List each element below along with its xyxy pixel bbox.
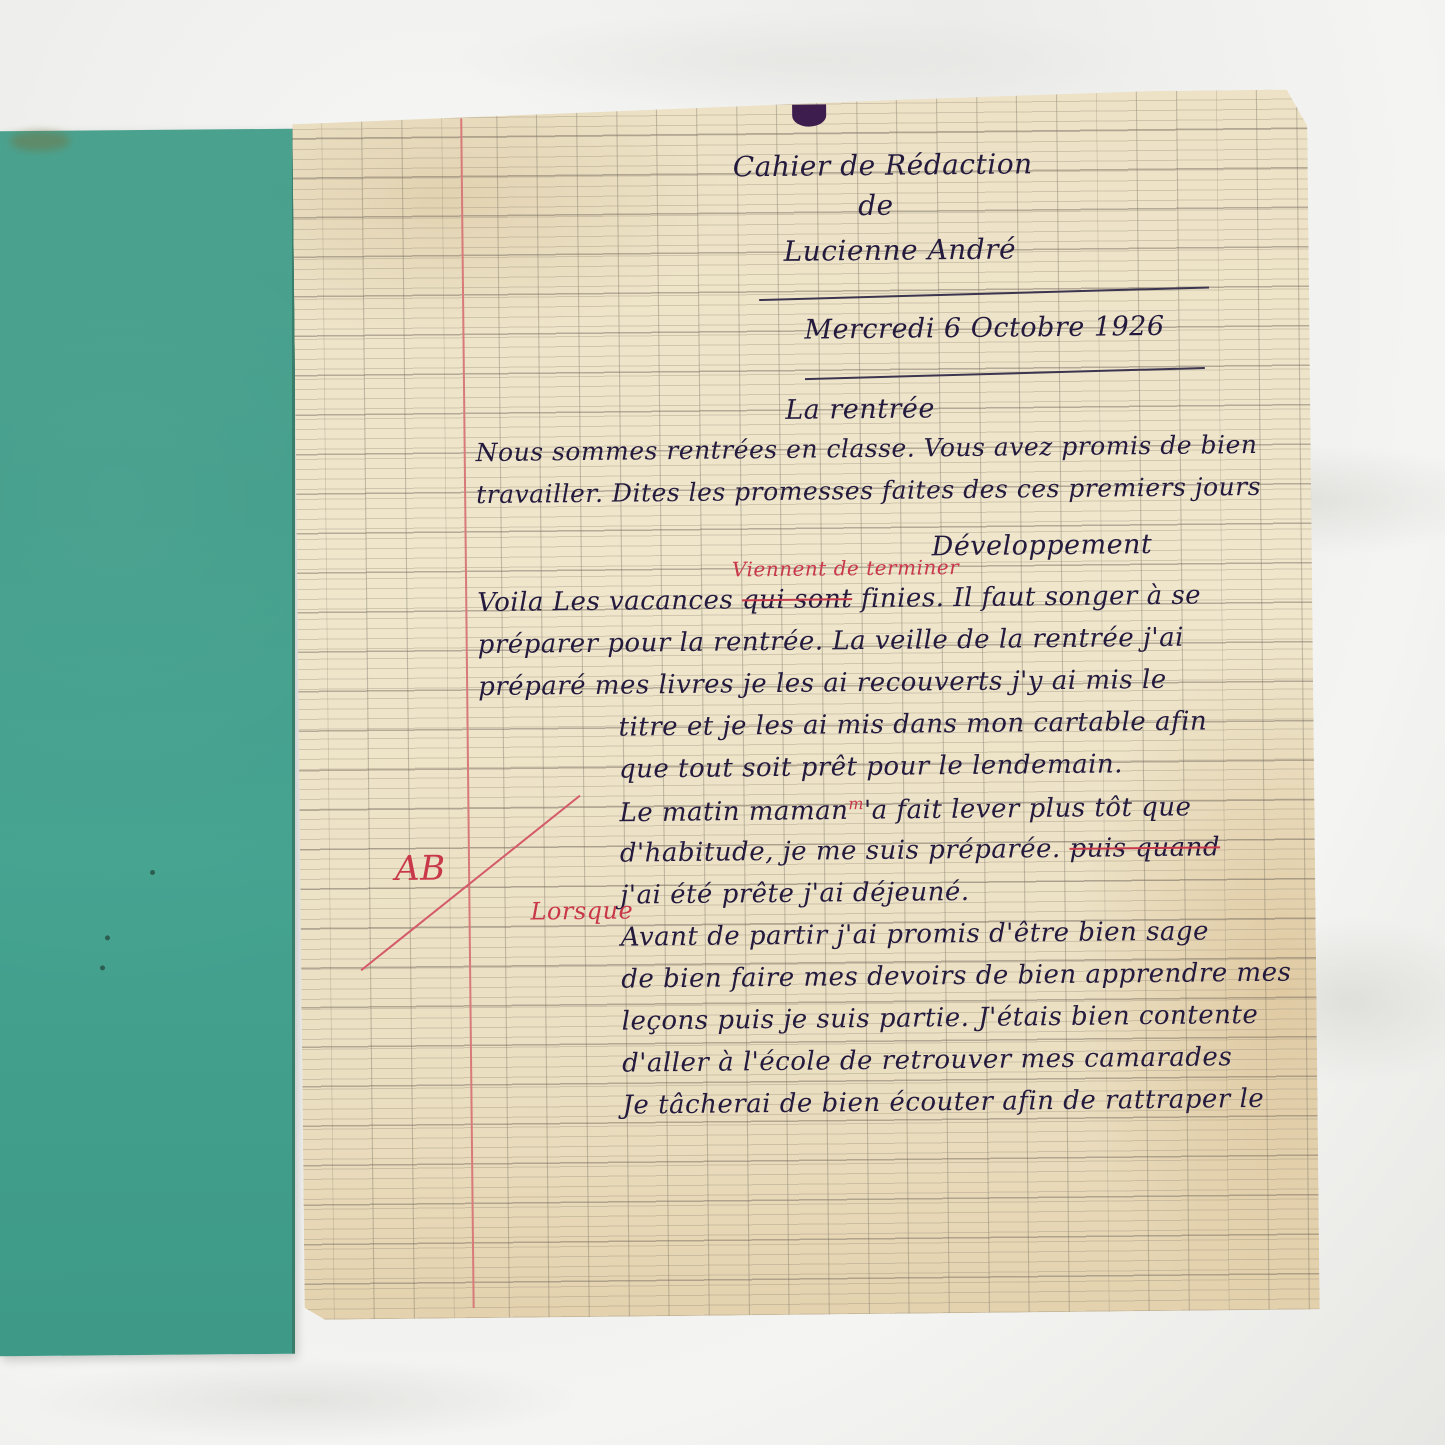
subject-title: La rentrée bbox=[785, 393, 935, 426]
dev-line-7: d'habitude, je me suis préparée. puis qu… bbox=[620, 832, 1221, 868]
correction-lorsque: Lorsque bbox=[530, 896, 633, 925]
title-line2: de bbox=[858, 189, 894, 222]
cover-spot bbox=[150, 870, 155, 875]
struck-qui-sont: qui sont bbox=[742, 584, 852, 615]
title-line3: Lucienne André bbox=[783, 232, 1016, 267]
notebook-page: Cahier de Rédaction de Lucienne André Me… bbox=[292, 89, 1320, 1320]
word-voila: Voila bbox=[477, 587, 544, 618]
dev-line-4: titre et je les ai mis dans mon cartable… bbox=[618, 706, 1207, 742]
dev-line-8: j'ai été prête j'ai déjeuné. bbox=[620, 877, 970, 911]
words-rest: finies. Il faut songer à se bbox=[861, 581, 1201, 615]
correction-m: m bbox=[848, 794, 864, 813]
dev-line-6: Le matin mamanm'a fait lever plus tôt qu… bbox=[619, 791, 1191, 829]
dev-line-5: que tout soit prêt pour le lendemain. bbox=[619, 749, 1123, 784]
words-les-vacances: Les vacances bbox=[553, 585, 734, 617]
struck-puis-quand: puis quand bbox=[1069, 832, 1220, 864]
words-le-matin-maman: Le matin maman bbox=[619, 796, 848, 828]
page-ruling bbox=[292, 89, 1320, 1320]
words-fait-lever: 'a fait lever plus tôt que bbox=[864, 792, 1192, 825]
notebook-cover bbox=[0, 129, 295, 1357]
date: Mercredi 6 Octobre 1926 bbox=[804, 311, 1164, 346]
cover-spot bbox=[100, 965, 105, 970]
correction-viennent: Viennent de terminer bbox=[732, 555, 960, 581]
cover-spot bbox=[105, 935, 110, 940]
development-title: Développement bbox=[932, 529, 1153, 562]
grade-mark: AB bbox=[395, 848, 446, 889]
words-dhabitude: d'habitude, je me suis préparée. bbox=[620, 834, 1061, 869]
title-line1: Cahier de Rédaction bbox=[733, 147, 1033, 183]
cover-stain bbox=[10, 131, 70, 152]
dev-line-9: Avant de partir j'ai promis d'être bien … bbox=[621, 916, 1210, 952]
dev-line-12: d'aller à l'école de retrouver mes camar… bbox=[622, 1042, 1232, 1078]
